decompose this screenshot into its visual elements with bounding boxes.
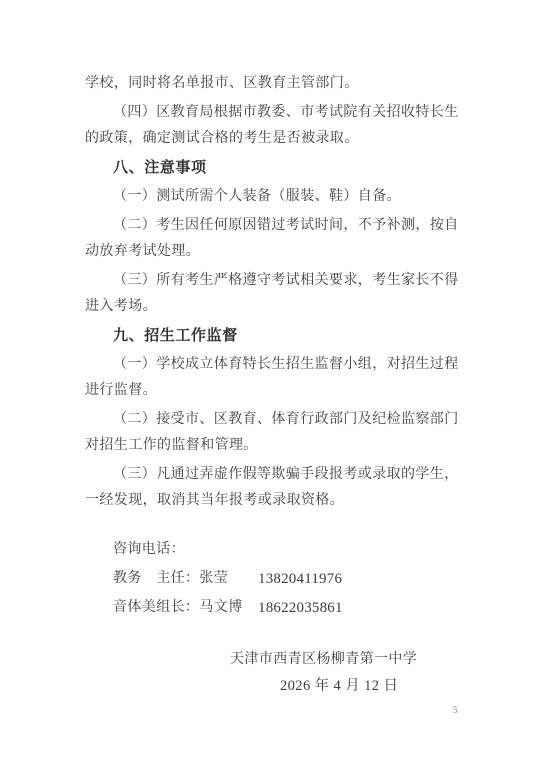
contact-block: 咨询电话： 教务 主任：张莹 13820411976 音体美组长：马文博 186… [85,537,458,621]
section-heading-8: 八、注意事项 [85,155,458,181]
contact-role: 音体美组长： [113,600,199,615]
body-text-line: 进行监督。 [85,378,458,404]
contact-entry: 教务 主任：张莹 13820411976 [85,566,458,592]
paragraph: （二）接受市、区教育、体育行政部门及纪检监察部门 对招生工作的监督和管理。 [85,407,458,459]
document-body: 学校，同时将名单报市、区教育主管部门。 （四）区教育局根据市教委、市考试院有关招… [0,0,542,699]
paragraph: （一）测试所需个人装备（服装、鞋）自备。 [85,184,458,210]
body-text-line: 学校，同时将名单报市、区教育主管部门。 [85,71,458,97]
contact-phone: 18622035861 [258,595,343,621]
section-heading: 八、注意事项 [85,155,458,181]
body-text-line: 进入考场。 [85,294,458,320]
body-text-line: （四）区教育局根据市教委、市考试院有关招收特长生 [85,100,458,126]
body-text-line: （一）学校成立体育特长生招生监督小组，对招生过程 [85,352,458,378]
contact-phone: 13820411976 [258,566,342,592]
section-heading: 九、招生工作监督 [85,323,458,349]
contact-name: 张莹 [199,571,228,586]
body-text-line: （二）考生因任何原因错过考试时间，不予补测，按自 [85,213,458,239]
contact-name: 马文博 [199,600,242,615]
section-heading-9: 九、招生工作监督 [85,323,458,349]
contact-entry: 音体美组长：马文博 18622035861 [85,595,458,621]
signature-org: 天津市西青区杨柳青第一中学 [230,647,458,673]
paragraph: （三）所有考生严格遵守考试相关要求，考生家长不得 进入考场。 [85,268,458,320]
paragraph: （二）考生因任何原因错过考试时间，不予补测，按自 动放弃考试处理。 [85,213,458,265]
body-text-line: 对招生工作的监督和管理。 [85,433,458,459]
contact-role: 教务 主任： [113,571,199,586]
paragraph: （三）凡通过弄虚作假等欺骗手段报考或录取的学生， 一经发现，取消其当年报考或录取… [85,462,458,514]
body-text-line: 的政策，确定测试合格的考生是否被录取。 [85,126,458,152]
body-text-line: （二）接受市、区教育、体育行政部门及纪检监察部门 [85,407,458,433]
signature-date: 2026 年 4 月 12 日 [280,673,458,699]
body-text-line: 动放弃考试处理。 [85,239,458,265]
paragraph: 学校，同时将名单报市、区教育主管部门。 [85,71,458,97]
body-text-line: 一经发现，取消其当年报考或录取资格。 [85,488,458,514]
paragraph: （一）学校成立体育特长生招生监督小组，对招生过程 进行监督。 [85,352,458,404]
paragraph: （四）区教育局根据市教委、市考试院有关招收特长生 的政策，确定测试合格的考生是否… [85,100,458,152]
body-text-line: （三）所有考生严格遵守考试相关要求，考生家长不得 [85,268,458,294]
body-text-line: （三）凡通过弄虚作假等欺骗手段报考或录取的学生， [85,462,458,488]
document-page: 学校，同时将名单报市、区教育主管部门。 （四）区教育局根据市教委、市考试院有关招… [0,0,542,768]
body-text-line: （一）测试所需个人装备（服装、鞋）自备。 [85,184,458,210]
page-number: 5 [453,705,458,715]
signature-block: 天津市西青区杨柳青第一中学 2026 年 4 月 12 日 [85,647,458,699]
contact-label: 咨询电话： [85,537,458,563]
